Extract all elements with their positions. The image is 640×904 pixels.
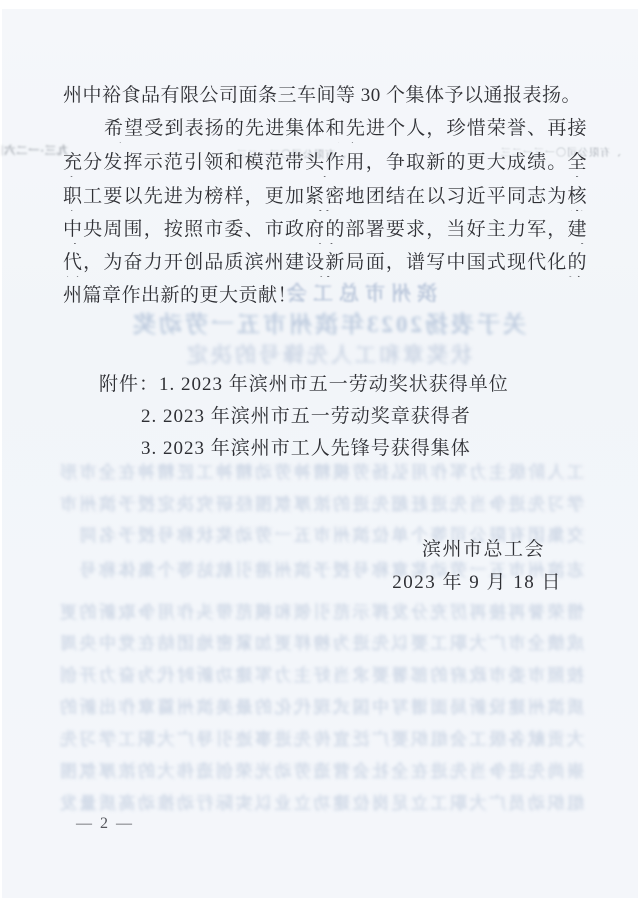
body-line: 职工要以先进为榜样，更加紧密地团结在以习近平同志为核心的党 <box>63 185 587 211</box>
signature-date: 2023 年 9 月 18 日 <box>392 567 562 594</box>
attachment-row: 附件：1. 2023 年滨州市五一劳动奖状获得单位 <box>99 369 509 396</box>
body-line: 希望受到表扬的先进集体和先进个人，珍惜荣誉、再接再厉， <box>63 117 587 143</box>
scanned-document-page: 滨州市总工会 关于表扬2023年滨州市五一劳动奖 状奖章和工人先锋号的决定 工人… <box>0 0 640 904</box>
body-line: 代，为奋力开创品质滨州建设新局面，谱写中国式现代化的最美滨 <box>63 251 587 277</box>
attachment-row: 3. 2023 年滨州市工人先锋号获得集体 <box>141 433 471 460</box>
attachment-row: 2. 2023 年滨州市五一劳动奖章获得者 <box>141 401 471 428</box>
body-line: 充分发挥示范引领和模范带头作用，争取新的更大成绩。全市广大 <box>63 151 587 177</box>
signature-org: 滨州市总工会 <box>422 534 545 561</box>
document-text-layer: 州中裕食品有限公司面条三车间等 30 个集体予以通报表扬。 希望受到表扬的先进集… <box>0 0 640 904</box>
body-line: 中央周围，按照市委、市政府的部署要求，当好主力军，建功新时 <box>63 218 587 244</box>
body-line: 州篇章作出新的更大贡献！ <box>63 284 587 308</box>
body-line: 州中裕食品有限公司面条三车间等 30 个集体予以通报表扬。 <box>63 84 587 108</box>
page-number: — 2 — <box>76 815 134 833</box>
